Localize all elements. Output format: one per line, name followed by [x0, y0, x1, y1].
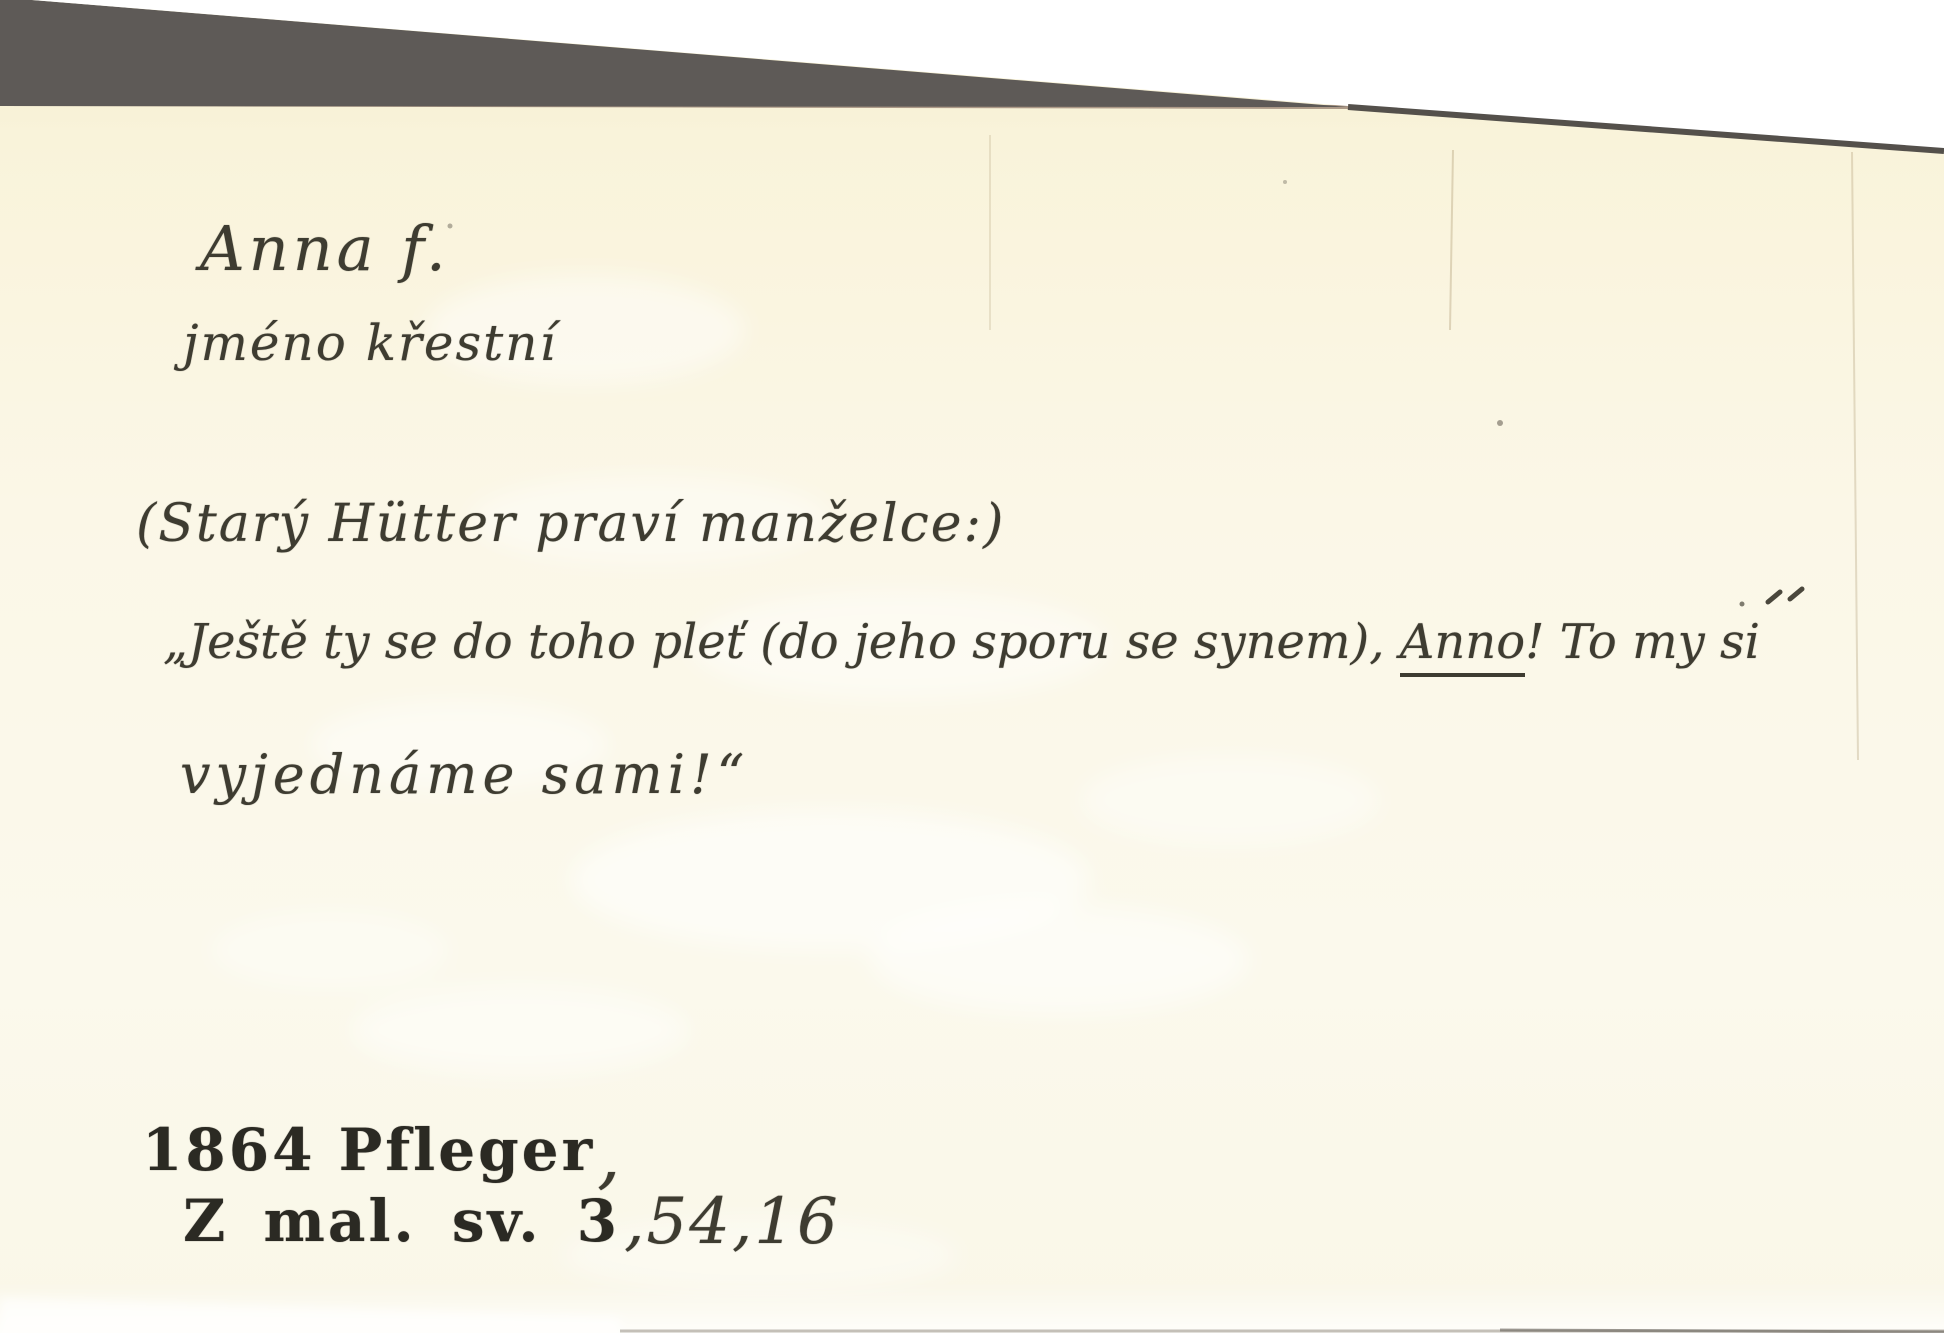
quote-line1-post: ! To my si — [1525, 614, 1760, 670]
quote-line1-pre: „Ještě ty se do toho pleť (do jeho sporu… — [163, 614, 1400, 670]
source-year-author-line: 1864 Pfleger, — [142, 1108, 621, 1182]
source-handwritten-comma: , — [597, 1112, 623, 1198]
card-content: Anna f. jméno křestní (Starý Hütter prav… — [0, 0, 1944, 1333]
quote-line2-text: vyjednáme sami!“ — [180, 748, 749, 802]
source-year-author-printed: 1864 Pfleger — [142, 1116, 595, 1184]
quote-intro-text: (Starý Hütter praví manželce:) — [136, 498, 1005, 550]
scanned-index-card: Anna f. jméno křestní (Starý Hütter prav… — [0, 0, 1944, 1333]
headword-text: Anna f. — [200, 218, 450, 280]
source-volume-printed: Z mal. sv. 3 — [183, 1187, 620, 1255]
quote-line1: „Ještě ty se do toho pleť (do jeho sporu… — [163, 618, 1760, 666]
source-volume-handwritten: ,54,16 — [624, 1185, 840, 1259]
source-volume-line: Z mal. sv. 3,54,16 — [183, 1188, 836, 1252]
quote-line1-emphasis-underlined: Anno — [1400, 614, 1525, 677]
headword-note-text: jméno křestní — [183, 318, 557, 368]
